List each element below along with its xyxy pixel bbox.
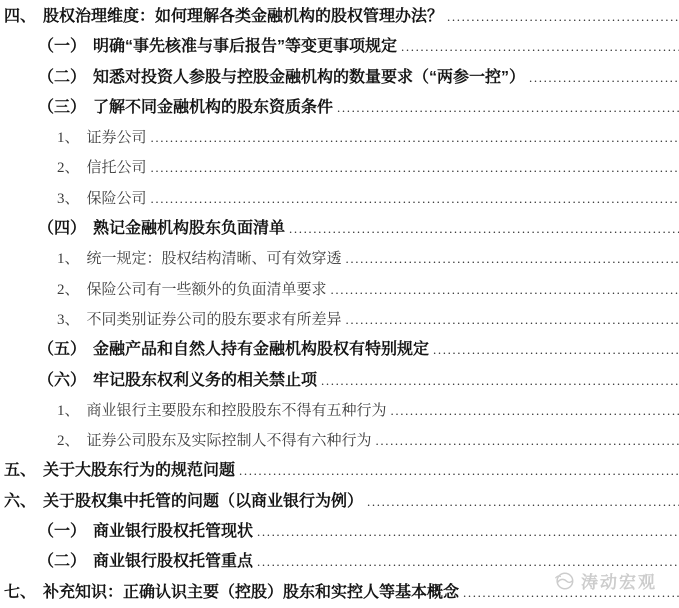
dot-leader: ........................................… bbox=[447, 2, 679, 32]
toc-entry-label: 了解不同金融机构的股东资质条件 bbox=[93, 93, 333, 123]
toc-entry-number: （三） bbox=[38, 93, 86, 123]
toc-entry-number: 1、 bbox=[57, 396, 80, 426]
toc-entry-number: （五） bbox=[38, 335, 86, 365]
toc-entry-number: 2、 bbox=[57, 153, 80, 183]
dot-leader: ........................................… bbox=[401, 32, 679, 62]
toc-entry: （二）知悉对投资人参股与控股金融机构的数量要求（“两参一控”）.........… bbox=[0, 63, 679, 93]
toc-entry-number: 2、 bbox=[57, 275, 80, 305]
toc-entry-label: 商业银行主要股东和控股股东不得有五种行为 bbox=[87, 396, 387, 426]
toc-entry: 2、保险公司有一些额外的负面清单要求......................… bbox=[0, 275, 679, 305]
toc-entry-number: 1、 bbox=[57, 123, 80, 153]
toc-entry-label: 熟记金融机构股东负面清单 bbox=[93, 214, 285, 244]
toc-entry: （一）明确“事先核准与事后报告”等变更事项规定.................… bbox=[0, 32, 679, 62]
toc-entry-number: 3、 bbox=[57, 305, 80, 335]
toc-entry-number: 五、 bbox=[4, 456, 36, 486]
toc-entry-label: 证券公司股东及实际控制人不得有六种行为 bbox=[87, 426, 372, 456]
dot-leader: ........................................… bbox=[239, 456, 679, 486]
dot-leader: ........................................… bbox=[376, 426, 679, 456]
toc-entry-label: 知悉对投资人参股与控股金融机构的数量要求（“两参一控”） bbox=[93, 63, 525, 93]
toc-entry: （四）熟记金融机构股东负面清单.........................… bbox=[0, 214, 679, 244]
toc-entry-label: 商业银行股权托管重点 bbox=[93, 547, 253, 577]
toc-entry: （三）了解不同金融机构的股东资质条件......................… bbox=[0, 93, 679, 123]
toc-entry: 2、信托公司..................................… bbox=[0, 153, 679, 183]
toc-entry-label: 信托公司 bbox=[87, 153, 147, 183]
toc-entry: 2、证券公司股东及实际控制人不得有六种行为...................… bbox=[0, 426, 679, 456]
toc-entry: 五、关于大股东行为的规范问题..........................… bbox=[0, 456, 679, 486]
dot-leader: ........................................… bbox=[337, 93, 679, 123]
toc-entry-number: （一） bbox=[38, 32, 86, 62]
toc-entry-label: 牢记股东权利义务的相关禁止项 bbox=[93, 366, 317, 396]
toc-entry-label: 关于大股东行为的规范问题 bbox=[43, 456, 235, 486]
toc-entry-label: 保险公司 bbox=[87, 184, 147, 214]
toc-entry-label: 证券公司 bbox=[87, 123, 147, 153]
toc-entry-label: 商业银行股权托管现状 bbox=[93, 517, 253, 547]
dot-leader: ........................................… bbox=[151, 153, 679, 183]
toc-entry-number: 六、 bbox=[4, 487, 36, 517]
toc-entry: 六、关于股权集中托管的问题（以商业银行为例）..................… bbox=[0, 487, 679, 517]
dot-leader: ........................................… bbox=[151, 123, 679, 153]
dot-leader: ........................................… bbox=[257, 517, 679, 547]
watermark-label: 涛动宏观 bbox=[581, 568, 657, 593]
toc-entry-label: 金融产品和自然人持有金融机构股权有特别规定 bbox=[93, 335, 429, 365]
watermark: 涛动宏观 bbox=[551, 568, 659, 593]
toc-entry-label: 明确“事先核准与事后报告”等变更事项规定 bbox=[93, 32, 397, 62]
toc-entry: （一）商业银行股权托管现状...........................… bbox=[0, 517, 679, 547]
toc-entry-number: 1、 bbox=[57, 244, 80, 274]
toc-entry: 3、保险公司..................................… bbox=[0, 184, 679, 214]
dot-leader: ........................................… bbox=[367, 487, 679, 517]
toc-entry-label: 补充知识：正确认识主要（控股）股东和实控人等基本概念 bbox=[43, 578, 459, 608]
toc-entry-number: 七、 bbox=[4, 578, 36, 608]
toc-entry: （六）牢记股东权利义务的相关禁止项.......................… bbox=[0, 366, 679, 396]
table-of-contents: 四、股权治理维度：如何理解各类金融机构的股权管理办法？.............… bbox=[0, 0, 679, 608]
toc-entry-number: （二） bbox=[38, 547, 86, 577]
toc-entry-number: （二） bbox=[38, 63, 86, 93]
toc-entry: 1、证券公司..................................… bbox=[0, 123, 679, 153]
toc-entry-number: （四） bbox=[38, 214, 86, 244]
dot-leader: ........................................… bbox=[331, 275, 679, 305]
toc-entry-label: 关于股权集中托管的问题（以商业银行为例） bbox=[43, 487, 363, 517]
dot-leader: ........................................… bbox=[321, 366, 679, 396]
dot-leader: ........................................… bbox=[346, 244, 679, 274]
toc-entry-label: 股权治理维度：如何理解各类金融机构的股权管理办法？ bbox=[43, 2, 443, 32]
toc-entry: 1、统一规定：股权结构清晰、可有效穿透.....................… bbox=[0, 244, 679, 274]
dot-leader: ........................................… bbox=[529, 63, 679, 93]
toc-entry-number: 2、 bbox=[57, 426, 80, 456]
toc-entry-number: （一） bbox=[38, 517, 86, 547]
toc-entry-number: 四、 bbox=[4, 2, 36, 32]
toc-entry: （五）金融产品和自然人持有金融机构股权有特别规定................… bbox=[0, 335, 679, 365]
toc-entry: 四、股权治理维度：如何理解各类金融机构的股权管理办法？.............… bbox=[0, 2, 679, 32]
dot-leader: ........................................… bbox=[433, 335, 679, 365]
dot-leader: ........................................… bbox=[391, 396, 679, 426]
toc-entry: 3、不同类别证券公司的股东要求有所差异.....................… bbox=[0, 305, 679, 335]
wave-logo-icon bbox=[553, 570, 575, 592]
toc-entry-number: 3、 bbox=[57, 184, 80, 214]
dot-leader: ........................................… bbox=[346, 305, 679, 335]
dot-leader: ........................................… bbox=[289, 214, 679, 244]
dot-leader: ........................................… bbox=[151, 184, 679, 214]
toc-entry-label: 统一规定：股权结构清晰、可有效穿透 bbox=[87, 244, 342, 274]
toc-entry: 1、商业银行主要股东和控股股东不得有五种行为..................… bbox=[0, 396, 679, 426]
toc-entry-number: （六） bbox=[38, 366, 86, 396]
toc-entry-label: 保险公司有一些额外的负面清单要求 bbox=[87, 275, 327, 305]
toc-entry-label: 不同类别证券公司的股东要求有所差异 bbox=[87, 305, 342, 335]
